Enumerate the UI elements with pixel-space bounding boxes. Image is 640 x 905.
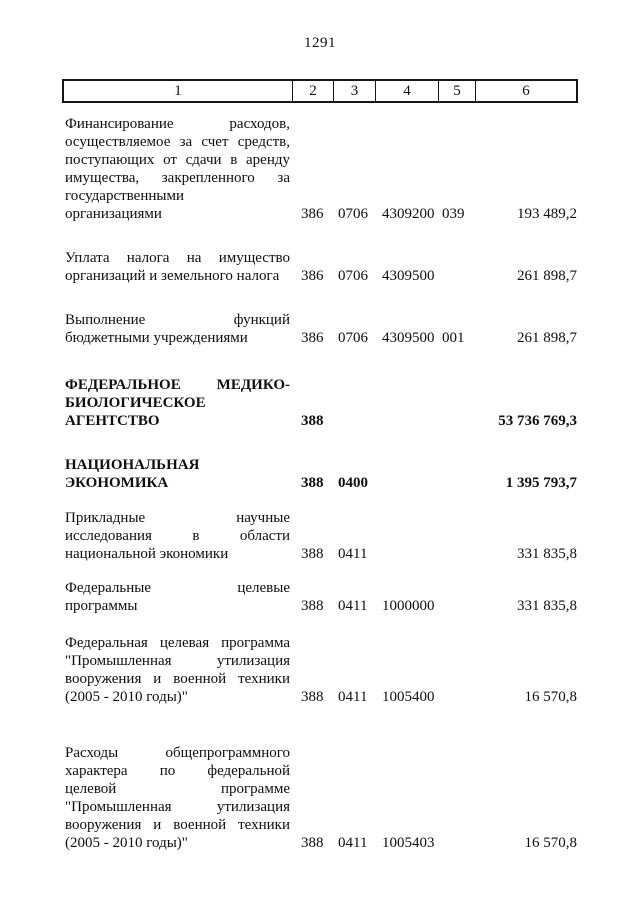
row-text-line: Федеральная целевая программа [65,634,290,652]
row-text-line: ФЕДЕРАЛЬНОЕ МЕДИКО- [65,376,290,394]
row-code-chief-manager: 386 [292,267,333,285]
table-header-row: 1 2 3 4 5 6 [62,79,578,103]
row-amount: 331 835,8 [475,545,577,563]
row-code-target-item: 4309200 [375,205,438,223]
row-text-line: АГЕНТСТВО [65,412,290,430]
row-text-line: (2005 - 2010 годы)" [65,834,290,852]
row-text-line: Уплата налога на имущество [65,249,290,267]
row-text-line: (2005 - 2010 годы)" [65,688,290,706]
row-code-chief-manager: 388 [292,545,333,563]
row-text-line: целевой программе [65,780,290,798]
row-text-line: осуществляемое за счет средств, [65,133,290,151]
row-text-line: "Промышленная утилизация [65,798,290,816]
table-row: Федеральная целевая программа"Промышленн… [62,634,577,706]
row-code-target-item: 4309500 [375,267,438,285]
row-text-line: Финансирование расходов, [65,115,290,133]
row-code-target-item: 1005403 [375,834,438,852]
row-description: НАЦИОНАЛЬНАЯЭКОНОМИКА [62,456,292,492]
row-description: Федеральная целевая программа"Промышленн… [62,634,292,706]
row-amount: 53 736 769,3 [475,412,577,430]
row-code-chief-manager: 388 [292,597,333,615]
row-text-line: государственными [65,187,290,205]
row-code-expense-type: 039 [438,205,475,223]
table-row: Прикладные научныеисследования в области… [62,509,577,563]
row-text-line: вооружения и военной техники [65,816,290,834]
row-amount: 261 898,7 [475,329,577,347]
row-text-line: бюджетными учреждениями [65,329,290,347]
row-text-line: поступающих от сдачи в аренду [65,151,290,169]
row-description: Уплата налога на имуществоорганизаций и … [62,249,292,285]
row-text-line: Прикладные научные [65,509,290,527]
row-text-line: вооружения и военной техники [65,670,290,688]
row-amount: 261 898,7 [475,267,577,285]
row-code-section: 0400 [333,474,375,492]
row-text-line: национальной экономики [65,545,290,563]
row-amount: 16 570,8 [475,834,577,852]
row-code-chief-manager: 386 [292,205,333,223]
table-header-cell-2: 2 [293,81,334,101]
row-code-section: 0411 [333,545,375,563]
row-code-target-item: 4309500 [375,329,438,347]
table-row: ФЕДЕРАЛЬНОЕ МЕДИКО-БИОЛОГИЧЕСКОЕАГЕНТСТВ… [62,376,577,430]
row-text-line: "Промышленная утилизация [65,652,290,670]
table-header-cell-5: 5 [439,81,476,101]
row-amount: 331 835,8 [475,597,577,615]
row-text-line: БИОЛОГИЧЕСКОЕ [65,394,290,412]
row-text-line: НАЦИОНАЛЬНАЯ [65,456,290,474]
row-code-section: 0411 [333,597,375,615]
row-description: Выполнение функцийбюджетными учреждениям… [62,311,292,347]
row-code-section: 0706 [333,267,375,285]
row-description: Расходы общепрограммногохарактера по фед… [62,744,292,852]
row-amount: 16 570,8 [475,688,577,706]
table-row: Уплата налога на имуществоорганизаций и … [62,249,577,285]
row-description: Федеральные целевыепрограммы [62,579,292,615]
row-text-line: Федеральные целевые [65,579,290,597]
row-text-line: программы [65,597,290,615]
table-header-cell-6: 6 [476,81,576,101]
row-description: Прикладные научныеисследования в области… [62,509,292,563]
row-text-line: Выполнение функций [65,311,290,329]
row-code-chief-manager: 388 [292,834,333,852]
row-code-section: 0411 [333,834,375,852]
row-text-line: имущества, закрепленного за [65,169,290,187]
table-header-cell-4: 4 [376,81,439,101]
row-description: ФЕДЕРАЛЬНОЕ МЕДИКО-БИОЛОГИЧЕСКОЕАГЕНТСТВ… [62,376,292,430]
row-code-section: 0706 [333,329,375,347]
row-text-line: ЭКОНОМИКА [65,474,290,492]
row-text-line: характера по федеральной [65,762,290,780]
row-text-line: организациями [65,205,290,223]
row-text-line: Расходы общепрограммного [65,744,290,762]
table-row: Федеральные целевыепрограммы 388 0411 10… [62,579,577,615]
row-code-chief-manager: 388 [292,688,333,706]
row-code-target-item: 1005400 [375,688,438,706]
row-code-section: 0411 [333,688,375,706]
row-text-line: исследования в области [65,527,290,545]
row-code-chief-manager: 386 [292,329,333,347]
scanned-budget-document-page: { "page": { "number": "1291" }, "table":… [0,0,640,905]
table-row: Финансирование расходов,осуществляемое з… [62,115,577,223]
row-code-target-item: 1000000 [375,597,438,615]
table-header-cell-3: 3 [334,81,376,101]
page: 1291 1 2 3 4 5 6 Финансирование расходов… [0,0,640,905]
table-header-cell-1: 1 [64,81,293,101]
table-body: Финансирование расходов,осуществляемое з… [0,115,640,852]
row-code-section: 0706 [333,205,375,223]
row-description: Финансирование расходов,осуществляемое з… [62,115,292,223]
row-code-chief-manager: 388 [292,474,333,492]
row-amount: 1 395 793,7 [475,474,577,492]
table-row: Выполнение функцийбюджетными учреждениям… [62,311,577,347]
table-row: НАЦИОНАЛЬНАЯЭКОНОМИКА 388 0400 1 395 793… [62,456,577,492]
row-amount: 193 489,2 [475,205,577,223]
row-code-chief-manager: 388 [292,412,333,430]
table-row: Расходы общепрограммногохарактера по фед… [62,744,577,852]
row-text-line: организаций и земельного налога [65,267,290,285]
page-number: 1291 [0,0,640,52]
row-code-expense-type: 001 [438,329,475,347]
